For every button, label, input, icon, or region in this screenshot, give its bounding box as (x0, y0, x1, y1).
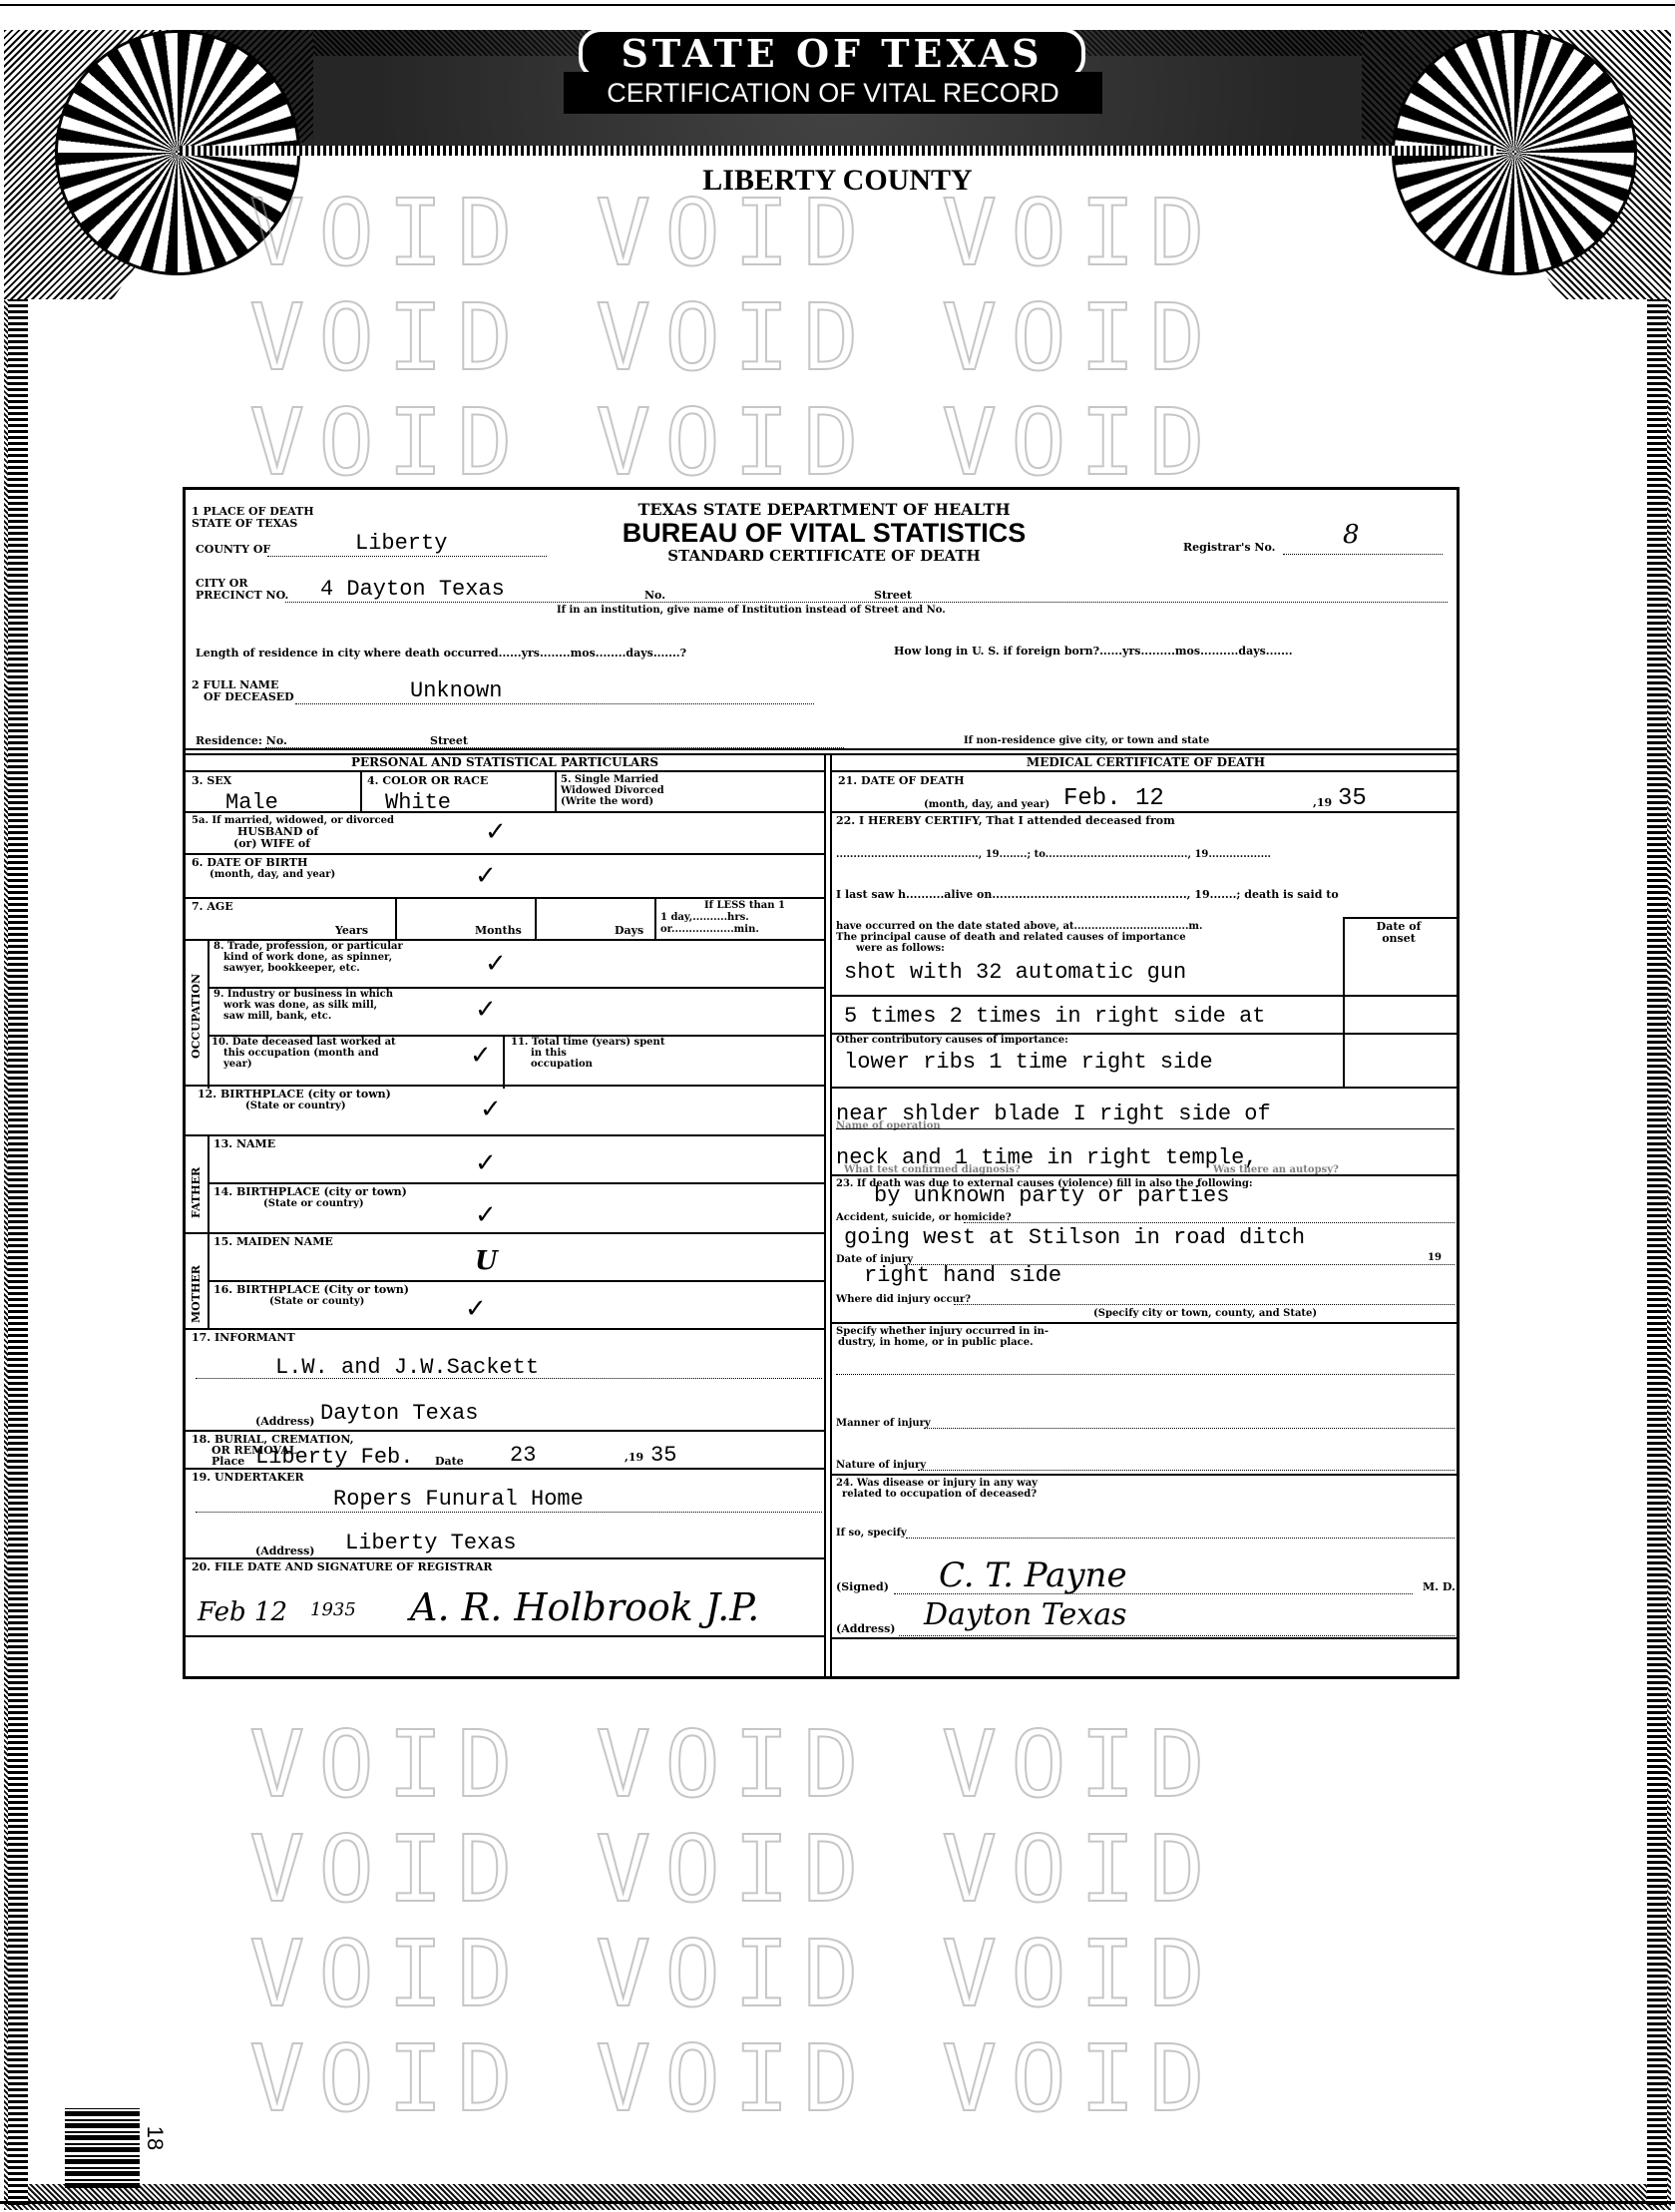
trade-label-1: 8. Trade, profession, or particular (213, 941, 403, 952)
operation-label: Name of operation (836, 1120, 941, 1131)
external-line-3: right hand side (864, 1264, 1061, 1288)
no-label: No. (644, 590, 665, 602)
burial-year-prefix: ,19 (625, 1452, 643, 1464)
residence-street-label: Street (430, 735, 468, 747)
void-watermark: VOID VOID VOID (249, 389, 1218, 496)
trade-label-2: kind of work done, as spinner, (223, 952, 392, 963)
check-mark-icon: ✓ (465, 1294, 487, 1324)
age-label: 7. AGE (192, 901, 233, 913)
rule (186, 853, 824, 855)
last-worked-label-3: year) (223, 1059, 252, 1070)
medical-header: MEDICAL CERTIFICATE OF DEATH (834, 755, 1458, 769)
rule (196, 1378, 822, 1379)
column-divider (824, 753, 826, 1677)
rule (208, 1134, 209, 1234)
physician-signature: C. T. Payne (939, 1555, 1127, 1595)
last-worked-label-1: 10. Date deceased last worked at (211, 1037, 396, 1048)
rule (285, 602, 1448, 603)
registrar-no: 8 (1343, 520, 1360, 550)
city-value: 4 Dayton Texas (320, 578, 505, 602)
undertaker-address-label: (Address) (255, 1546, 315, 1557)
check-mark-icon: ✓ (480, 1095, 502, 1124)
manner-label: Manner of injury (836, 1418, 931, 1429)
informant-address-label: (Address) (255, 1416, 315, 1428)
full-name-value: Unknown (410, 679, 502, 703)
mother-maiden-value: U (475, 1246, 498, 1276)
check-mark-icon: ✓ (475, 1148, 497, 1178)
father-name-label: 13. NAME (213, 1138, 275, 1150)
informant-label: 17. INFORMANT (192, 1332, 295, 1344)
registrar-no-label: Registrar's No. (1183, 542, 1275, 554)
rule (964, 1222, 1455, 1223)
rule (208, 939, 209, 1089)
occupation-side-label: OCCUPATION (190, 974, 203, 1059)
street-label: Street (874, 590, 912, 602)
rule (267, 556, 547, 557)
rule (196, 1512, 822, 1513)
marital-label-1: 5. Single Married (561, 774, 658, 785)
file-label: 20. FILE DATE AND SIGNATURE OF REGISTRAR (192, 1561, 493, 1573)
signed-label: (Signed) (836, 1581, 889, 1593)
void-watermark: VOID VOID VOID (249, 284, 1218, 391)
rule (830, 995, 1458, 997)
rule (186, 1232, 824, 1234)
rule (186, 1085, 824, 1087)
check-mark-icon: ✓ (475, 861, 497, 891)
physician-address: Dayton Texas (924, 1597, 1127, 1632)
age-days-label: Days (615, 925, 643, 937)
check-mark-icon: ✓ (485, 817, 507, 847)
file-date: Feb 12 (198, 1597, 287, 1627)
rule (555, 771, 557, 813)
rule (894, 1593, 1413, 1594)
rule (395, 897, 397, 939)
top-rule (0, 4, 1675, 6)
rule (186, 1134, 824, 1136)
md-label: M. D. (1423, 1581, 1456, 1593)
cause-line-3: lower ribs 1 time right side (844, 1051, 1213, 1075)
death-date-sub: (month, day, and year) (924, 799, 1049, 810)
rule (186, 748, 1458, 750)
rule (836, 1374, 1455, 1375)
specify-industry-label-1: Specify whether injury occurred in in- (836, 1326, 1048, 1337)
how-long-us-label: How long in U. S. if foreign born?......… (894, 646, 1293, 658)
county-of-value: Liberty (355, 532, 447, 556)
injury-year-prefix: 19 (1428, 1252, 1442, 1263)
undertaker-label: 19. UNDERTAKER (192, 1472, 304, 1484)
total-time-label-1: 11. Total time (years) spent (511, 1037, 664, 1048)
rule (906, 1538, 1455, 1539)
industry-label-3: saw mill, bank, etc. (223, 1011, 331, 1022)
industry-label-1: 9. Industry or business in which (213, 989, 393, 1000)
external-line-1: by unknown party or parties (874, 1184, 1229, 1208)
void-watermark: VOID VOID VOID (249, 180, 1218, 286)
banner-fringe (180, 146, 1496, 156)
rule (830, 811, 1458, 813)
nonresidence-label: If non-residence give city, or town and … (964, 735, 1209, 746)
total-time-label-2: in this (531, 1048, 567, 1059)
death-year-prefix: ,19 (1313, 797, 1332, 809)
rule (360, 771, 362, 813)
mother-maiden-label: 15. MAIDEN NAME (213, 1236, 333, 1248)
father-birthplace-label-2: (State or country) (263, 1198, 364, 1209)
void-watermark: VOID VOID VOID (249, 1921, 1218, 2027)
occurred-label-2: The principal cause of death and related… (836, 932, 1186, 943)
rule (535, 897, 537, 939)
rule (830, 1087, 1458, 1089)
left-border-pattern (8, 150, 28, 2205)
father-birthplace-label-1: 14. BIRTHPLACE (city or town) (213, 1186, 407, 1198)
mother-side-label: MOTHER (190, 1265, 203, 1323)
rule (924, 1428, 1455, 1429)
occurred-label-1: have occurred on the date stated above, … (836, 921, 1203, 932)
age-months-label: Months (475, 925, 522, 937)
rule (918, 1470, 1455, 1471)
occurred-label-3: were as follows: (856, 943, 945, 954)
department-heading: TEXAS STATE DEPARTMENT OF HEALTH BUREAU … (585, 500, 1063, 565)
occupation-related-label-1: 24. Was disease or injury in any way (836, 1478, 1038, 1489)
certify-label: 22. I HEREBY CERTIFY, That I attended de… (836, 815, 1175, 827)
rule (186, 1468, 824, 1470)
rule (830, 1174, 1458, 1176)
onset-label: Date of onset (1359, 921, 1439, 945)
check-mark-icon: ✓ (475, 995, 497, 1025)
rule (830, 1474, 1458, 1476)
rule (1283, 554, 1443, 555)
institution-note: If in an institution, give name of Insti… (557, 605, 946, 616)
sex-label: 3. SEX (192, 775, 231, 787)
city-label-2: PRECINCT NO. (196, 590, 288, 602)
check-mark-icon: ✓ (475, 1200, 497, 1230)
check-mark-icon: ✓ (485, 949, 507, 979)
undertaker-address-value: Liberty Texas (345, 1532, 517, 1555)
total-time-label-3: occupation (531, 1059, 593, 1070)
burial-place-label: Place (211, 1456, 244, 1468)
rule (186, 1328, 824, 1330)
age-less-label-2: 1 day,..........hrs. (660, 912, 749, 923)
barcode-icon (65, 2108, 140, 2188)
dob-label-2: (month, day, and year) (209, 869, 335, 880)
other-causes-label: Other contributory causes of importance: (836, 1035, 1068, 1046)
address-label: (Address) (836, 1623, 896, 1635)
rule (208, 1182, 824, 1184)
rule (830, 770, 1458, 772)
informant-value: L.W. and J.W.Sackett (275, 1356, 539, 1380)
marital-label-2: Widowed Divorced (561, 785, 664, 796)
color-label: 4. COLOR OR RACE (367, 775, 488, 787)
rule (830, 1322, 1458, 1324)
rule (186, 1430, 824, 1432)
rule (186, 770, 824, 772)
check-mark-icon: ✓ (470, 1041, 492, 1071)
father-side-label: FATHER (190, 1167, 203, 1218)
county-of-label: COUNTY OF (196, 544, 270, 556)
undertaker-value: Ropers Funural Home (333, 1488, 584, 1512)
trade-label-3: sawyer, bookkeeper, etc. (223, 963, 360, 974)
residence-length-label: Length of residence in city where death … (196, 648, 686, 660)
right-border-pattern (1647, 150, 1667, 2205)
death-certificate: 1 PLACE OF DEATH STATE OF TEXAS TEXAS ST… (183, 487, 1460, 1679)
specify-industry-label-2: dustry, in home, or in public place. (838, 1337, 1034, 1348)
rule (186, 1557, 824, 1559)
certification-title: CERTIFICATION OF VITAL RECORD (564, 72, 1102, 114)
dob-label-1: 6. DATE OF BIRTH (192, 857, 307, 869)
rule (954, 1304, 1455, 1305)
personal-header: PERSONAL AND STATISTICAL PARTICULARS (186, 755, 824, 769)
age-less-label-1: If LESS than 1 (704, 900, 785, 911)
state-label: STATE OF TEXAS (192, 518, 297, 530)
nature-label: Nature of injury (836, 1460, 926, 1471)
residence-label: Residence: No. (196, 735, 287, 747)
mother-birthplace-label-1: 16. BIRTHPLACE (City or town) (213, 1284, 409, 1296)
full-name-label-2: OF DECEASED (204, 691, 294, 703)
last-saw-label: I last saw h..........alive on..........… (836, 889, 1339, 901)
barcode-number: 18 (142, 2126, 168, 2150)
burial-place-value: Liberty Feb. (255, 1446, 413, 1470)
file-year: 1935 (310, 1599, 356, 1620)
if-so-label: If so, specify (836, 1528, 907, 1539)
burial-date-value: 23 (510, 1444, 536, 1468)
birthplace-label-2: (State or country) (245, 1101, 346, 1111)
mother-birthplace-label-2: (State or county) (269, 1296, 364, 1307)
form-title: STANDARD CERTIFICATE OF DEATH (585, 547, 1063, 565)
void-watermark: VOID VOID VOID (249, 2025, 1218, 2132)
void-watermark: VOID VOID VOID (249, 1711, 1218, 1818)
age-years-label: Years (335, 925, 368, 937)
age-less-label-3: or..................min. (660, 924, 759, 935)
informant-address-value: Dayton Texas (320, 1402, 478, 1426)
industry-label-2: work was done, as silk mill, (223, 1000, 377, 1011)
rule (830, 1637, 1458, 1639)
rule (503, 1035, 505, 1089)
last-worked-label-2: this occupation (month and (223, 1048, 379, 1059)
death-date-value: Feb. 12 (1063, 787, 1164, 811)
certify-line: ........................................… (836, 849, 1271, 860)
rule (654, 897, 656, 939)
bureau-name: BUREAU OF VITAL STATISTICS (585, 519, 1063, 547)
death-year-value: 35 (1338, 787, 1367, 811)
department-name: TEXAS STATE DEPARTMENT OF HEALTH (585, 500, 1063, 519)
rule (186, 1635, 824, 1637)
rule (1343, 917, 1458, 919)
rule (208, 1280, 824, 1282)
where-label: Where did injury occur? (836, 1294, 971, 1305)
rule (1343, 917, 1345, 1087)
burial-year-value: 35 (650, 1444, 676, 1468)
bottom-rule (0, 2201, 1675, 2204)
rule (899, 1635, 1455, 1636)
spouse-label-3: (or) WIFE of (233, 838, 310, 850)
death-date-label: 21. DATE OF DEATH (838, 775, 965, 787)
registrar-signature: A. R. Holbrook J.P. (410, 1585, 759, 1629)
cause-line-1: shot with 32 automatic gun (844, 961, 1186, 985)
void-watermark: VOID VOID VOID (249, 1816, 1218, 1923)
column-divider (830, 753, 832, 1677)
rule (836, 1128, 1455, 1129)
marital-label-3: (Write the word) (561, 796, 653, 807)
rule (295, 703, 814, 704)
cause-line-2: 5 times 2 times in right side at (844, 1005, 1265, 1029)
external-line-2: going west at Stilson in road ditch (844, 1226, 1305, 1250)
birthplace-label-1: 12. BIRTHPLACE (city or town) (198, 1089, 391, 1101)
rule (186, 897, 824, 899)
rule (186, 811, 824, 813)
specify-place-label: (Specify city or town, county, and State… (1093, 1308, 1317, 1319)
occupation-related-label-2: related to occupation of deceased? (842, 1489, 1037, 1500)
burial-date-label: Date (435, 1456, 464, 1468)
